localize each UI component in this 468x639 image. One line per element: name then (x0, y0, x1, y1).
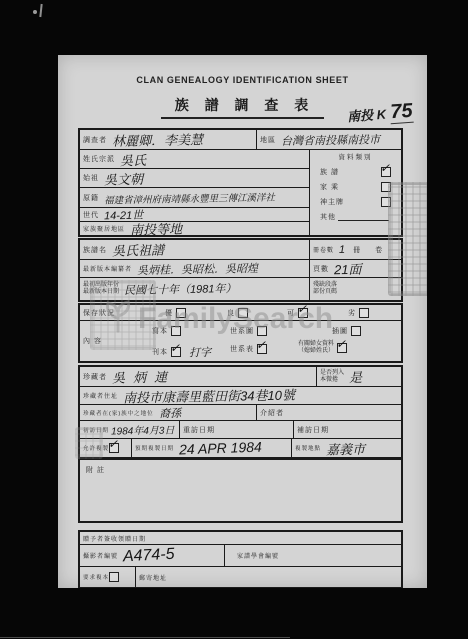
volumes-value: 1 (339, 243, 345, 255)
content-printed-checkbox (171, 347, 181, 357)
condition-fair-checkbox (298, 308, 308, 318)
surveyor-value: 林麗卿．李美慧 (112, 129, 203, 150)
field-compiler: 最新版本編纂者 吳炳桂．吳昭松．吳昭煌 (80, 260, 310, 277)
page-code-number: 75 (390, 100, 414, 124)
condition-good-checkbox (238, 308, 248, 318)
field-receipt-date: 贈予者簽收領贈日期 (80, 532, 401, 544)
field-first-visit: 初訪日期 1984年4月3日 (80, 421, 180, 438)
row-surveyor-area: 調查者 林麗卿．李美慧 地區 台灣省南投縣南投市 (80, 130, 401, 150)
copy-location-value: 嘉義市 (326, 438, 365, 458)
option-other: 其他 (314, 209, 397, 224)
content-illustrations: 插圖 (332, 326, 361, 336)
compiler-label: 最新版本編纂者 (83, 264, 132, 273)
condition-label: 保存狀況 (83, 308, 115, 318)
address-label: 珍藏者住址 (83, 391, 118, 400)
section-notes: 附 註 (78, 458, 403, 523)
missing-pages-label: 殘缺段落 部份頁碼 (313, 282, 337, 296)
row-visit-dates: 初訪日期 1984年4月3日 重訪日期 補訪日期 (80, 421, 401, 439)
settlement-value: 南投等地 (130, 219, 182, 239)
field-settlement: 家族聚居地區 南投等地 (80, 222, 185, 235)
condition-poor-label: 劣 (348, 308, 356, 318)
compiler-value: 吳炳桂．吳昭松．吳昭煌 (137, 259, 258, 277)
data-type-box: 資料類別 族 譜 家 乘 神主牌 其他 (310, 150, 401, 235)
microfilm-included-label: 是否列入 本微捲 (320, 370, 344, 384)
volumes-unit-ce: 冊 (353, 245, 361, 255)
ancestor-value: 吳文朝 (104, 168, 143, 188)
field-volumes: 冊卷數 1 冊 卷 (310, 240, 401, 259)
row-condition: 保存狀況 優 良 可 劣 (80, 305, 401, 321)
publication-date-value: 民國七十年（1981年） (124, 280, 237, 298)
scan-speck (39, 4, 42, 17)
mailing-address-label: 郵寄地址 (139, 573, 167, 582)
missing-pages-label-line1: 殘缺段落 (313, 282, 337, 288)
content-printed-label: 刊本 (152, 347, 168, 357)
condition-fair: 可 (287, 308, 308, 318)
field-genealogy-title: 族譜名 吳氏祖譜 (80, 240, 310, 259)
option-genealogy: 族 譜 (314, 164, 397, 179)
condition-good: 良 (227, 308, 248, 318)
copy-request-checkbox (109, 572, 119, 582)
option-family-record-label: 家 乘 (320, 182, 339, 192)
option-family-record: 家 乘 (314, 179, 397, 194)
publication-date-label-line1: 最初出版年份 (83, 282, 119, 288)
field-keeper: 珍藏者 吳炳連 (80, 367, 317, 386)
condition-excellent-label: 優 (165, 308, 173, 318)
condition-good-label: 良 (227, 308, 235, 318)
first-visit-label: 初訪日期 (83, 426, 109, 434)
content-pedigree-chart-label: 世系圖 (230, 326, 254, 336)
row-ancestor: 始祖 吳文朝 (80, 169, 309, 188)
volumes-unit-juan: 卷 (375, 245, 383, 255)
followup-visit-label: 補訪日期 (297, 425, 329, 435)
genealogy-title-value: 吳氏祖譜 (112, 240, 164, 260)
receipt-date-label: 贈予者簽收領贈日期 (83, 534, 146, 543)
clan-value: 吳氏 (120, 149, 146, 168)
row-title: 族譜名 吳氏祖譜 冊卷數 1 冊 卷 (80, 240, 401, 260)
area-value: 台灣省南投縣南投市 (281, 131, 380, 149)
condition-poor-checkbox (359, 308, 369, 318)
ancestral-tablet-checkbox (381, 197, 391, 207)
scan-speck (33, 10, 37, 14)
page-code-prefix: 南投 K (347, 107, 387, 125)
position-label: 珍藏者在(家)族中之地位 (83, 409, 154, 417)
option-ancestral-tablet-label: 神主牌 (320, 197, 344, 207)
content-manuscript: 寫本 (152, 326, 181, 336)
contents-label: 內 容 (83, 336, 102, 346)
photographer-number-label: 攝影者編號 (83, 551, 118, 560)
field-pages: 頁數 21面 (310, 260, 401, 277)
row-position: 珍藏者在(家)族中之地位 裔孫 介紹者 (80, 405, 401, 421)
field-clan: 姓氏宗派 吳氏 (80, 150, 149, 168)
section-numbering: 贈予者簽收領贈日期 攝影者編號 A474-5 家譜學會編號 要求複本 郵寄地址 (78, 530, 403, 588)
copy-location-label: 複製地點 (295, 444, 321, 452)
row-publication: 最初出版年份 最新版本日期 民國七十年（1981年） 殘缺段落 部份頁碼 (80, 278, 401, 300)
condition-fair-label: 可 (287, 308, 295, 318)
section-condition-contents: 保存狀況 優 良 可 劣 (78, 303, 403, 363)
surveyor-label: 調查者 (83, 135, 107, 145)
publication-date-label: 最初出版年份 最新版本日期 (83, 282, 119, 296)
field-revisit: 重訪日期 (180, 421, 294, 438)
field-position: 珍藏者在(家)族中之地位 裔孫 (80, 405, 257, 420)
content-women-info-label: 有關婦女資料 （媳婦姓氏） (298, 341, 334, 355)
scan-edge-line (0, 637, 290, 638)
content-women-info-checkbox (337, 343, 347, 353)
option-genealogy-label: 族 譜 (320, 167, 339, 177)
genealogy-title-label: 族譜名 (83, 245, 107, 255)
condition-excellent-checkbox (176, 308, 186, 318)
field-address: 珍藏者住址 南投市康壽里藍田街34巷10號 (80, 387, 401, 404)
row-copy-permission: 允許複製 預期複製日期 24 APR 1984 複製地點 嘉義市 (80, 439, 401, 457)
row-origin: 原籍 福建省漳州府南靖縣永豐里三傳江溪洋社 (80, 188, 309, 208)
section-genealogy-info: 族譜名 吳氏祖譜 冊卷數 1 冊 卷 最新版本編纂者 吳炳桂．吳昭松．吳昭煌 頁… (78, 238, 403, 302)
condition-label-cell: 保存狀況 (80, 305, 150, 320)
row-receipt-date: 贈予者簽收領贈日期 (80, 532, 401, 545)
identification-body: 姓氏宗派 吳氏 始祖 吳文朝 原籍 福建省漳州府南靖縣永豐里三傳江溪 (80, 150, 401, 235)
society-number-label: 家譜學會編號 (237, 551, 279, 560)
expected-copy-date-label: 預期複製日期 (135, 444, 174, 452)
field-origin: 原籍 福建省漳州府南靖縣永豐里三傳江溪洋社 (80, 188, 278, 207)
settlement-label: 家族聚居地區 (83, 224, 125, 233)
content-illustrations-checkbox (351, 326, 361, 336)
row-copy-request: 要求複本 郵寄地址 (80, 567, 401, 587)
field-copy-permission: 允許複製 (80, 439, 132, 457)
notes-label: 附 註 (86, 465, 105, 475)
pages-value: 21面 (334, 259, 362, 278)
photographer-number-value: A474-5 (123, 545, 175, 566)
field-photographer-number: 攝影者編號 A474-5 (80, 545, 225, 566)
field-expected-copy-date: 預期複製日期 24 APR 1984 (132, 439, 292, 457)
microfilm-label-line2: 本微捲 (320, 377, 338, 383)
english-title: CLAN GENEALOGY IDENTIFICATION SHEET (58, 75, 427, 85)
row-keeper: 珍藏者 吳炳連 是否列入 本微捲 是 (80, 367, 401, 387)
other-blank-line (338, 212, 389, 221)
section-keeper: 珍藏者 吳炳連 是否列入 本微捲 是 珍藏者住址 南投市康壽里藍田街34巷10號 (78, 365, 403, 459)
content-printed: 刊本 打字 (152, 344, 211, 360)
clan-label: 姓氏宗派 (83, 154, 115, 164)
copy-permission-label: 允許複製 (83, 444, 109, 452)
genealogy-checkbox (381, 167, 391, 177)
women-info-label-line1: 有關婦女資料 (298, 341, 334, 347)
contents-label-cell: 內 容 (80, 321, 150, 361)
field-copy-location: 複製地點 嘉義市 (292, 439, 401, 457)
publication-date-label-line2: 最新版本日期 (83, 289, 119, 295)
field-surveyor: 調查者 林麗卿．李美慧 (80, 130, 257, 149)
row-generations: 世代 14-21世 (80, 208, 309, 222)
row-compiler: 最新版本編纂者 吳炳桂．吳昭松．吳昭煌 頁數 21面 (80, 260, 401, 278)
introducer-label: 介紹者 (260, 408, 284, 418)
keeper-label: 珍藏者 (83, 372, 107, 382)
field-microfilm-included: 是否列入 本微捲 是 (317, 367, 401, 386)
origin-value: 福建省漳州府南靖縣永豐里三傳江溪洋社 (104, 189, 275, 206)
row-contents: 內 容 寫本 世系圖 插圖 刊本 打字 (80, 321, 401, 361)
volumes-label: 冊卷數 (313, 245, 334, 254)
content-printed-note: 打字 (189, 344, 211, 360)
field-mailing-address: 郵寄地址 (136, 567, 401, 587)
field-missing-pages: 殘缺段落 部份頁碼 (310, 278, 401, 300)
position-value: 裔孫 (159, 404, 181, 420)
content-pedigree-chart: 世系圖 (230, 326, 267, 336)
ancestor-label: 始祖 (83, 173, 99, 183)
content-women-info: 有關婦女資料 （媳婦姓氏） (298, 341, 347, 355)
option-other-label: 其他 (320, 212, 336, 222)
address-value: 南投市康壽里藍田街34巷10號 (123, 385, 295, 407)
field-copy-request: 要求複本 (80, 567, 136, 587)
content-pedigree-table-label: 世系表 (230, 344, 254, 354)
option-ancestral-tablet: 神主牌 (314, 194, 397, 209)
handwritten-page-code: 南投 K 75 (347, 100, 414, 128)
content-pedigree-table-checkbox (257, 344, 267, 354)
section-identification: 調查者 林麗卿．李美慧 地區 台灣省南投縣南投市 姓氏宗派 吳氏 (78, 128, 403, 237)
keeper-value: 吳炳連 (112, 366, 175, 386)
origin-label: 原籍 (83, 193, 99, 203)
condition-poor: 劣 (348, 308, 369, 318)
identification-left: 姓氏宗派 吳氏 始祖 吳文朝 原籍 福建省漳州府南靖縣永豐里三傳江溪 (80, 150, 310, 235)
field-ancestor: 始祖 吳文朝 (80, 169, 146, 187)
family-record-checkbox (381, 182, 391, 192)
field-area: 地區 台灣省南投縣南投市 (257, 130, 401, 149)
row-address: 珍藏者住址 南投市康壽里藍田街34巷10號 (80, 387, 401, 405)
copy-request-label: 要求複本 (83, 573, 109, 581)
chinese-title: 族 譜 調 查 表 (161, 95, 325, 119)
scanned-document-frame: CLAN GENEALOGY IDENTIFICATION SHEET 族 譜 … (0, 0, 468, 639)
field-publication-date: 最初出版年份 最新版本日期 民國七十年（1981年） (80, 278, 310, 300)
content-pedigree-table: 世系表 (230, 344, 267, 354)
content-manuscript-checkbox (171, 326, 181, 336)
pages-label: 頁數 (313, 264, 329, 274)
first-visit-value: 1984年4月3日 (111, 421, 175, 437)
row-settlement: 家族聚居地區 南投等地 (80, 222, 309, 235)
content-illustrations-label: 插圖 (332, 326, 348, 336)
content-manuscript-label: 寫本 (152, 326, 168, 336)
revisit-label: 重訪日期 (183, 425, 215, 435)
field-society-number: 家譜學會編號 (225, 545, 401, 566)
microfilm-included-value: 是 (349, 367, 362, 386)
expected-copy-date-value: 24 APR 1984 (179, 439, 262, 458)
field-introducer: 介紹者 (257, 405, 401, 420)
copy-permission-checkbox (109, 443, 119, 453)
row-numbers: 攝影者編號 A474-5 家譜學會編號 (80, 545, 401, 567)
row-clan: 姓氏宗派 吳氏 (80, 150, 309, 169)
women-info-label-line2: （媳婦姓氏） (298, 348, 334, 354)
missing-pages-label-line2: 部份頁碼 (313, 289, 337, 295)
area-label: 地區 (260, 135, 276, 145)
microfilm-label-line1: 是否列入 (320, 370, 344, 376)
form-page: CLAN GENEALOGY IDENTIFICATION SHEET 族 譜 … (58, 55, 427, 588)
field-followup-visit: 補訪日期 (294, 421, 401, 438)
condition-excellent: 優 (165, 308, 186, 318)
generations-label: 世代 (83, 210, 99, 220)
content-pedigree-chart-checkbox (257, 326, 267, 336)
